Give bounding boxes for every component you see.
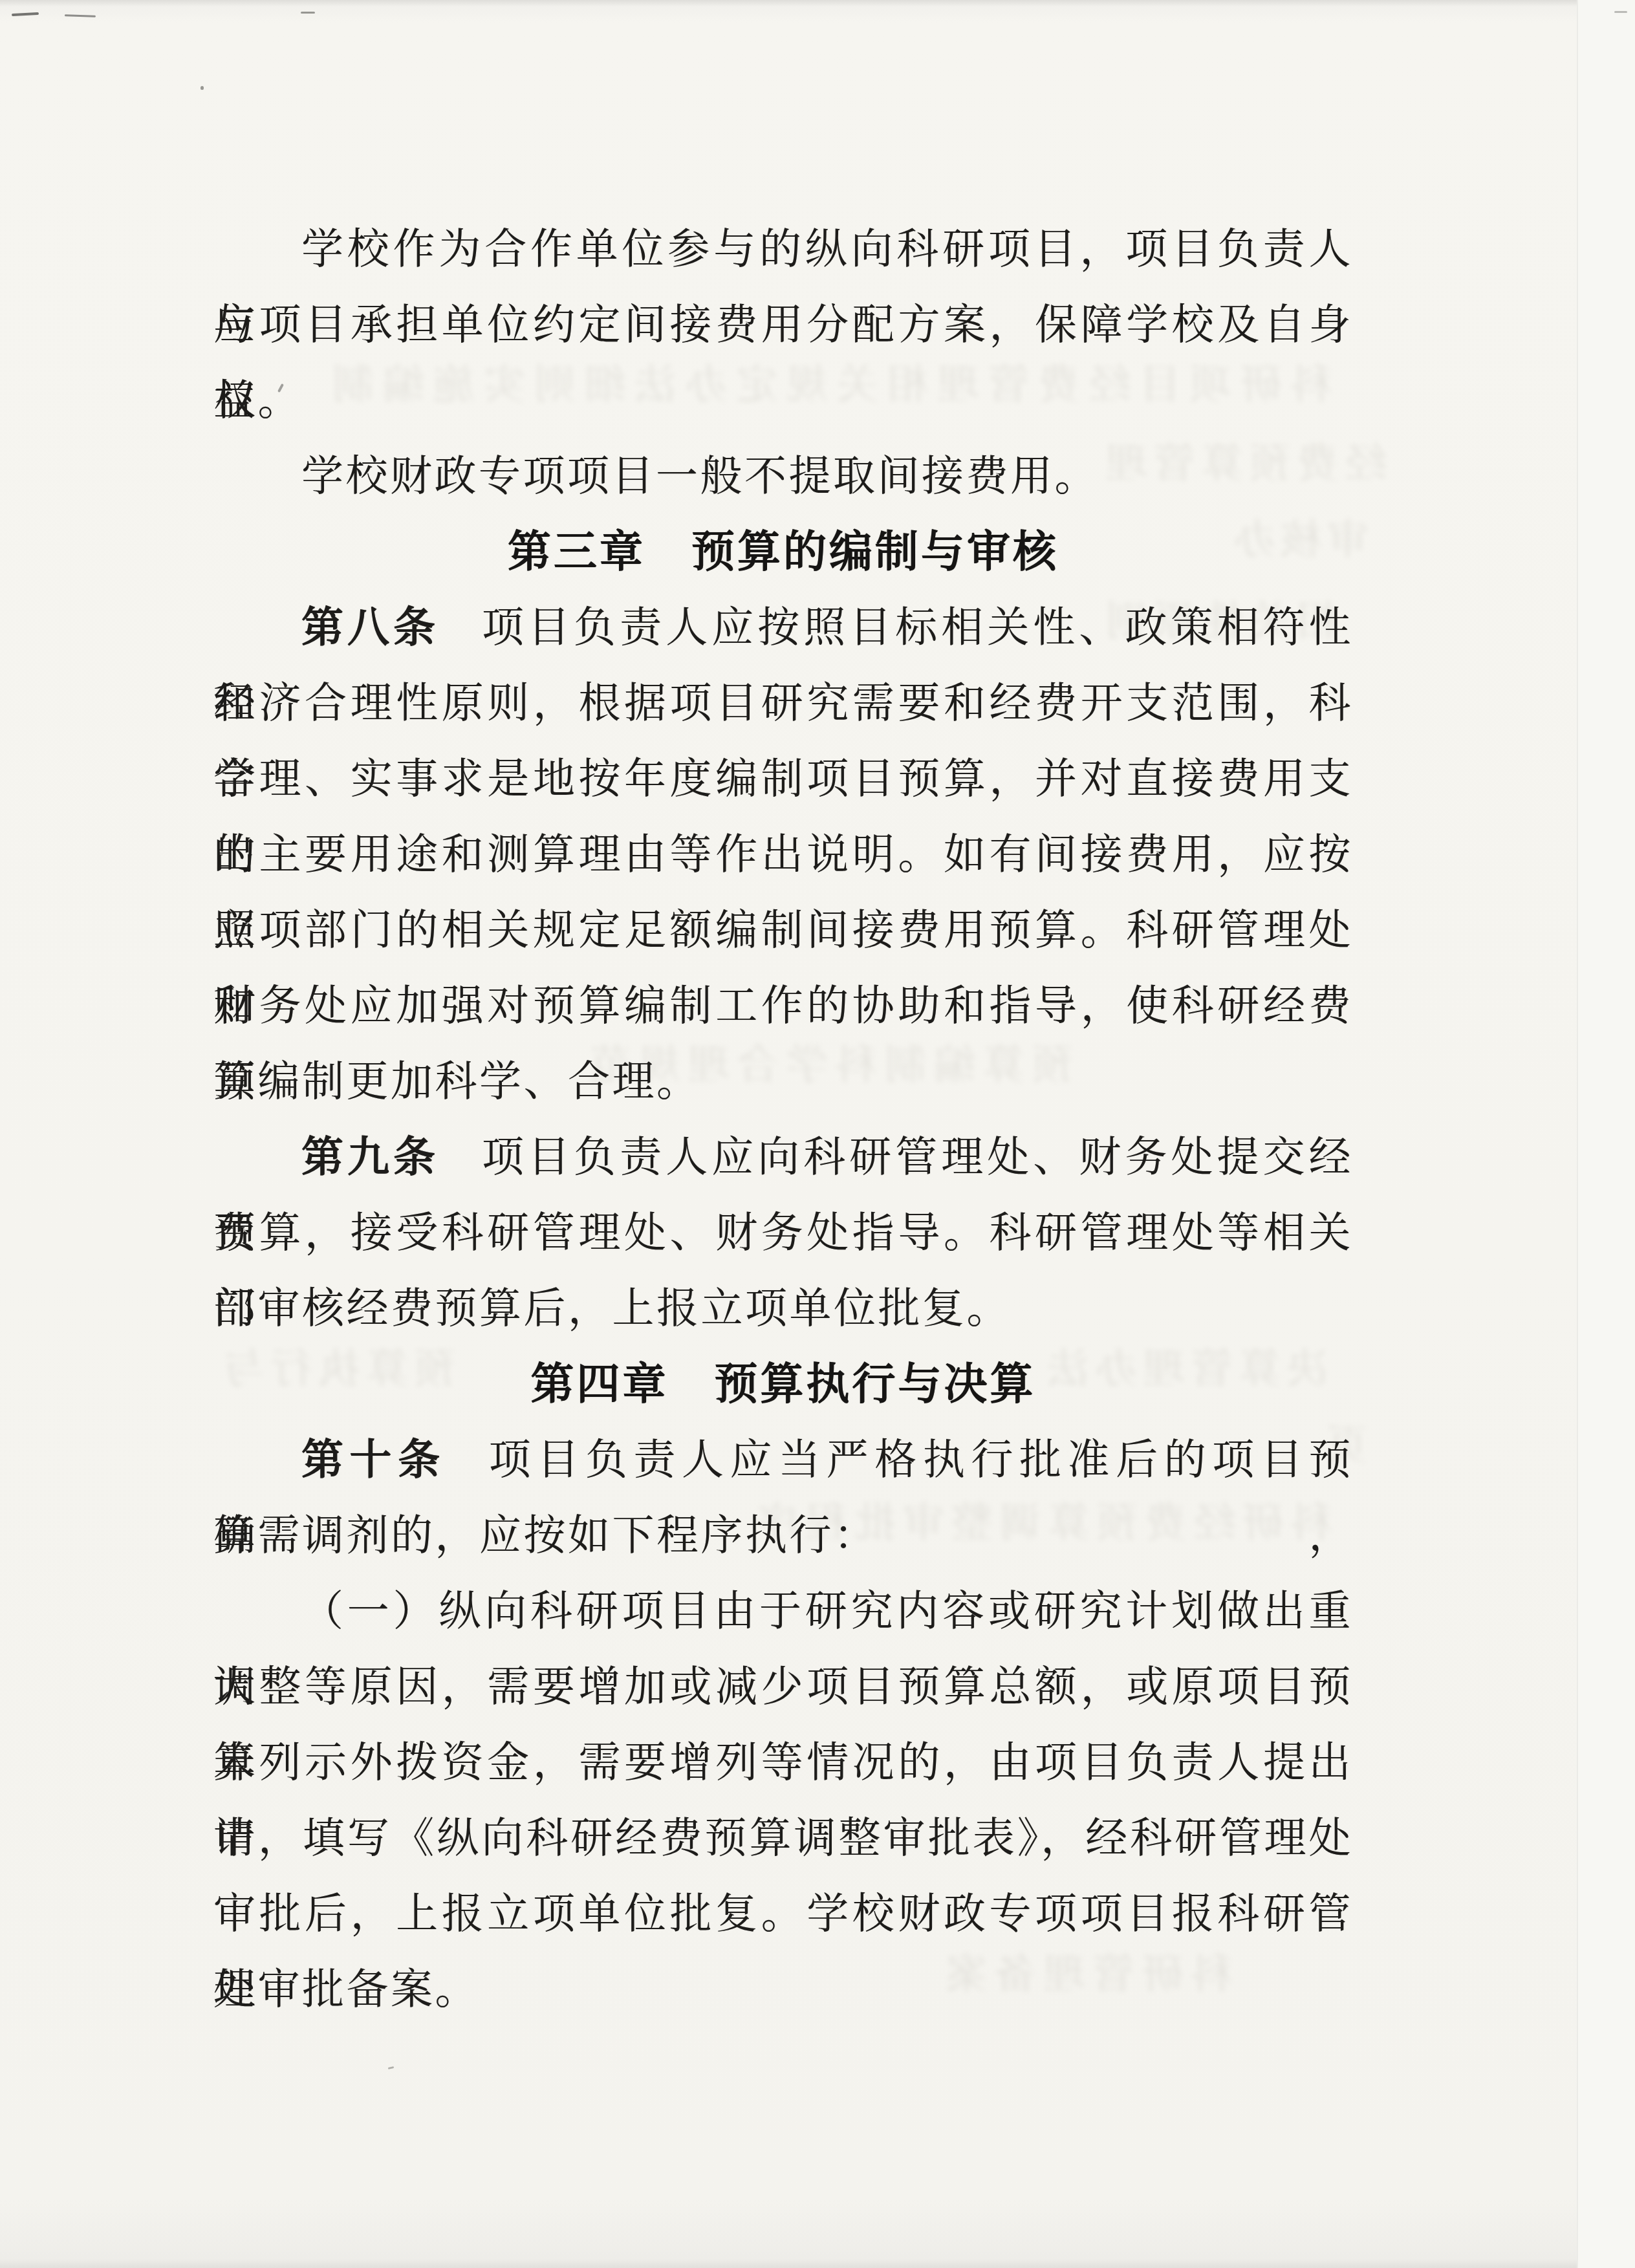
text-line: 第十条项目负责人应当严格执行批准后的项目预算， <box>213 1423 1353 1498</box>
scan-artifact <box>12 12 39 16</box>
line-text: 确需调剂的，应按如下程序执行： <box>213 1513 878 1559</box>
line-text: 处审批备案。 <box>213 1967 479 2013</box>
chapter-heading: 第三章 预算的编制与审核 <box>213 515 1353 590</box>
text-line: 合理、实事求是地按年度编制项目预算，并对直接费用支出 <box>213 742 1353 817</box>
article-label: 第十条 <box>301 1437 446 1484</box>
text-line: 经济合理性原则，根据项目研究需要和经费开支范围，科学 <box>213 666 1353 742</box>
text-line: 审批后，上报立项单位批复。学校财政专项项目报科研管理 <box>213 1877 1353 1952</box>
scan-artifact <box>1614 11 1627 13</box>
line-text: 学校财政专项项目一般不提取间接费用。 <box>301 453 1099 500</box>
text-line: 立项部门的相关规定足额编制间接费用预算。科研管理处和 <box>213 893 1353 969</box>
text-line: 学校作为合作单位参与的纵向科研项目，项目负责人应 <box>213 212 1353 288</box>
text-line: 预算，接受科研管理处、财务处指导。科研管理处等相关部 <box>213 1196 1353 1271</box>
text-line: 请，填写《纵向科研经费预算调整审批表》，经科研管理处 <box>213 1801 1353 1877</box>
text-line: 未列示外拨资金，需要增列等情况的，由项目负责人提出申 <box>213 1725 1353 1801</box>
text-line: 处审批备案。 <box>213 1952 1353 2028</box>
scanner-top-edge <box>0 0 1635 6</box>
text-line: 第九条项目负责人应向科研管理处、财务处提交经费 <box>213 1120 1353 1196</box>
chapter-heading: 第四章 预算执行与决算 <box>213 1347 1353 1423</box>
text-line: 调整等原因，需要增加或减少项目预算总额，或原项目预算 <box>213 1650 1353 1725</box>
text-line: 益。 <box>213 363 1353 439</box>
scan-artifact <box>301 12 315 14</box>
line-text: 算编制更加科学、合理。 <box>213 1059 701 1105</box>
text-line: 学校财政专项项目一般不提取间接费用。 <box>213 439 1353 515</box>
line-text: 第四章 预算执行与决算 <box>531 1361 1036 1409</box>
text-line: 门审核经费预算后，上报立项单位批复。 <box>213 1271 1353 1347</box>
line-text: 请，填写《纵向科研经费预算调整审批表》，经科研管理处 <box>213 1815 1353 1862</box>
scan-seam <box>1577 0 1635 2268</box>
scanned-page: 科研项目经费管理相关规定办法细则实施编制经费预算管理审核办相关性原则预算编制科学… <box>0 0 1635 2268</box>
text-line: 财务处应加强对预算编制工作的协助和指导，使科研经费预 <box>213 969 1353 1044</box>
scan-artifact <box>65 14 96 17</box>
line-text: 门审核经费预算后，上报立项单位批复。 <box>213 1286 1011 1332</box>
text-line: 的主要用途和测算理由等作出说明。如有间接费用，应按照 <box>213 817 1353 893</box>
scanner-bottom-edge <box>0 2259 1635 2268</box>
article-label: 第九条 <box>301 1134 439 1181</box>
scan-artifact <box>200 86 204 90</box>
text-line: 与项目承担单位约定间接费用分配方案，保障学校及自身权 <box>213 288 1353 363</box>
text-line: （一）纵向科研项目由于研究内容或研究计划做出重大 <box>213 1574 1353 1650</box>
line-text: 第三章 预算的编制与审核 <box>508 528 1059 576</box>
document-body: 学校作为合作单位参与的纵向科研项目，项目负责人应与项目承担单位约定间接费用分配方… <box>213 212 1353 2028</box>
line-text: 益。 <box>213 378 302 424</box>
article-label: 第八条 <box>301 605 439 651</box>
scan-artifact <box>388 2066 394 2069</box>
text-line: 第八条项目负责人应按照目标相关性、政策相符性和 <box>213 590 1353 666</box>
text-line: 算编制更加科学、合理。 <box>213 1044 1353 1120</box>
